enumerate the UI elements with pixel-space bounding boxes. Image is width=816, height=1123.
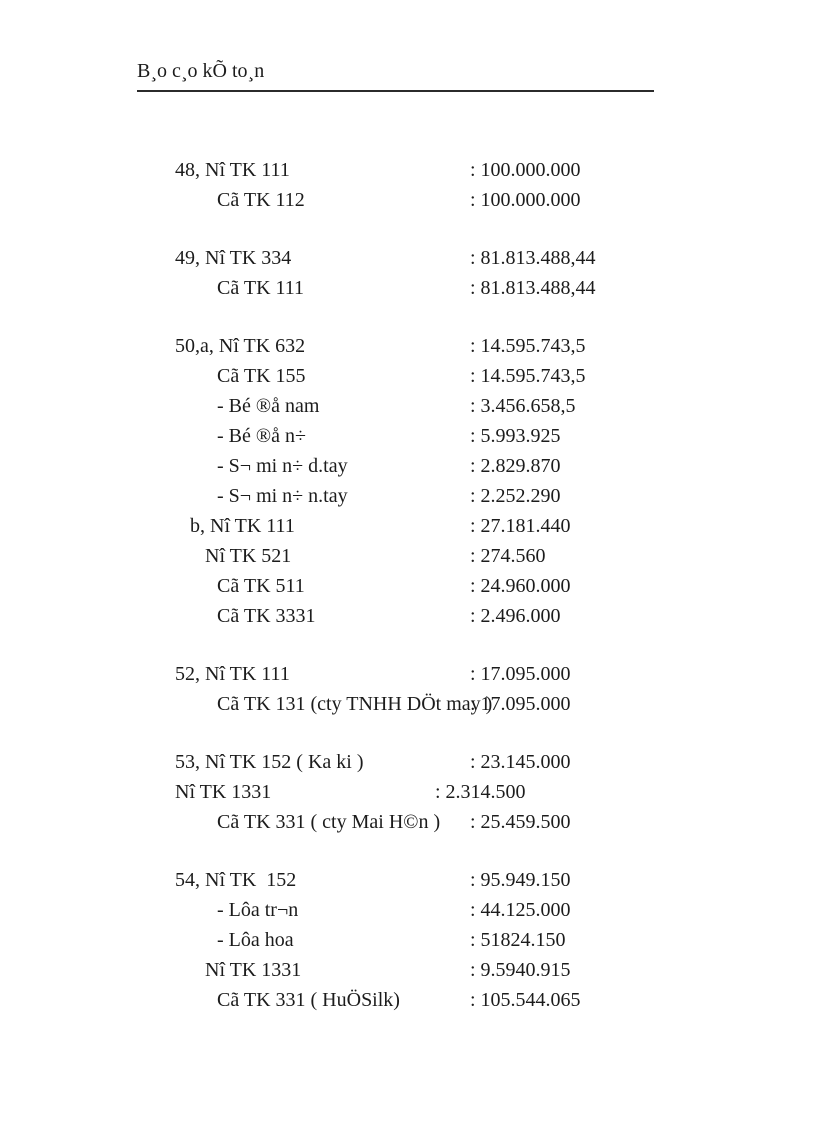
account-label: 49, Nî TK 334	[175, 243, 291, 273]
account-label: 48, Nî TK 111	[175, 155, 290, 185]
journal-line: - Lôa hoa: 51824.150	[0, 925, 816, 955]
amount-value: : 81.813.488,44	[470, 273, 596, 303]
journal-line: Nî TK 1331: 2.314.500	[0, 777, 816, 807]
account-label: Cã TK 112	[217, 185, 305, 215]
amount-value: : 9.5940.915	[470, 955, 571, 985]
amount-value: : 100.000.000	[470, 185, 581, 215]
journal-line: - S¬ mi n÷ d.tay: 2.829.870	[0, 451, 816, 481]
journal-line: - Bé ®å nam: 3.456.658,5	[0, 391, 816, 421]
amount-value: : 17.095.000	[470, 659, 571, 689]
journal-entries: 48, Nî TK 111: 100.000.000Cã TK 112: 100…	[0, 0, 816, 1123]
journal-line: 49, Nî TK 334: 81.813.488,44	[0, 243, 816, 273]
journal-line: Cã TK 511: 24.960.000	[0, 571, 816, 601]
amount-value: : 23.145.000	[470, 747, 571, 777]
amount-value: : 274.560	[470, 541, 546, 571]
amount-value: : 14.595.743,5	[470, 361, 586, 391]
amount-value: : 81.813.488,44	[470, 243, 596, 273]
document-page: B¸o c¸o kÕ to¸n 48, Nî TK 111: 100.000.0…	[0, 0, 816, 1123]
journal-line: Cã TK 131 (cty TNHH DÖt may ): 17.095.00…	[0, 689, 816, 719]
journal-line: Nî TK 521: 274.560	[0, 541, 816, 571]
amount-value: : 2.252.290	[470, 481, 561, 511]
account-label: Nî TK 521	[205, 541, 291, 571]
journal-line: - Bé ®å n÷: 5.993.925	[0, 421, 816, 451]
journal-line: 53, Nî TK 152 ( Ka ki ): 23.145.000	[0, 747, 816, 777]
account-label: 50,a, Nî TK 632	[175, 331, 305, 361]
amount-value: : 17.095.000	[470, 689, 571, 719]
journal-line: 52, Nî TK 111: 17.095.000	[0, 659, 816, 689]
journal-line: - Lôa tr¬n: 44.125.000	[0, 895, 816, 925]
account-label: Nî TK 1331	[175, 777, 271, 807]
journal-line: Nî TK 1331: 9.5940.915	[0, 955, 816, 985]
journal-line: 54, Nî TK 152: 95.949.150	[0, 865, 816, 895]
account-label: Cã TK 331 ( cty Mai H©n )	[217, 807, 440, 837]
account-label: 54, Nî TK 152	[175, 865, 296, 895]
amount-value: : 14.595.743,5	[470, 331, 586, 361]
amount-value: : 100.000.000	[470, 155, 581, 185]
account-label: Cã TK 511	[217, 571, 305, 601]
journal-line: Cã TK 331 ( HuÖSilk): 105.544.065	[0, 985, 816, 1015]
journal-line: Cã TK 112: 100.000.000	[0, 185, 816, 215]
journal-line: - S¬ mi n÷ n.tay: 2.252.290	[0, 481, 816, 511]
amount-value: : 2.496.000	[470, 601, 561, 631]
journal-line: Cã TK 3331: 2.496.000	[0, 601, 816, 631]
account-label: 52, Nî TK 111	[175, 659, 290, 689]
account-label: - S¬ mi n÷ d.tay	[217, 451, 348, 481]
amount-value: : 25.459.500	[470, 807, 571, 837]
account-label: - Lôa hoa	[217, 925, 294, 955]
amount-value: : 2.829.870	[470, 451, 561, 481]
account-label: - Bé ®å n÷	[217, 421, 306, 451]
account-label: Cã TK 111	[217, 273, 304, 303]
amount-value: : 105.544.065	[470, 985, 581, 1015]
account-label: 53, Nî TK 152 ( Ka ki )	[175, 747, 364, 777]
account-label: Cã TK 155	[217, 361, 306, 391]
amount-value: : 3.456.658,5	[470, 391, 576, 421]
amount-value: : 24.960.000	[470, 571, 571, 601]
account-label: Cã TK 131 (cty TNHH DÖt may )	[217, 689, 492, 719]
amount-value: : 5.993.925	[470, 421, 561, 451]
amount-value: : 27.181.440	[470, 511, 571, 541]
account-label: - Lôa tr¬n	[217, 895, 298, 925]
account-label: - Bé ®å nam	[217, 391, 319, 421]
journal-line: 50,a, Nî TK 632: 14.595.743,5	[0, 331, 816, 361]
journal-line: Cã TK 331 ( cty Mai H©n ): 25.459.500	[0, 807, 816, 837]
account-label: Cã TK 3331	[217, 601, 316, 631]
account-label: b, Nî TK 111	[190, 511, 295, 541]
account-label: - S¬ mi n÷ n.tay	[217, 481, 348, 511]
journal-line: Cã TK 155: 14.595.743,5	[0, 361, 816, 391]
journal-line: Cã TK 111: 81.813.488,44	[0, 273, 816, 303]
amount-value: : 44.125.000	[470, 895, 571, 925]
amount-value: : 2.314.500	[435, 777, 526, 807]
account-label: Cã TK 331 ( HuÖSilk)	[217, 985, 400, 1015]
amount-value: : 95.949.150	[470, 865, 571, 895]
journal-line: 48, Nî TK 111: 100.000.000	[0, 155, 816, 185]
journal-line: b, Nî TK 111: 27.181.440	[0, 511, 816, 541]
amount-value: : 51824.150	[470, 925, 566, 955]
account-label: Nî TK 1331	[205, 955, 301, 985]
